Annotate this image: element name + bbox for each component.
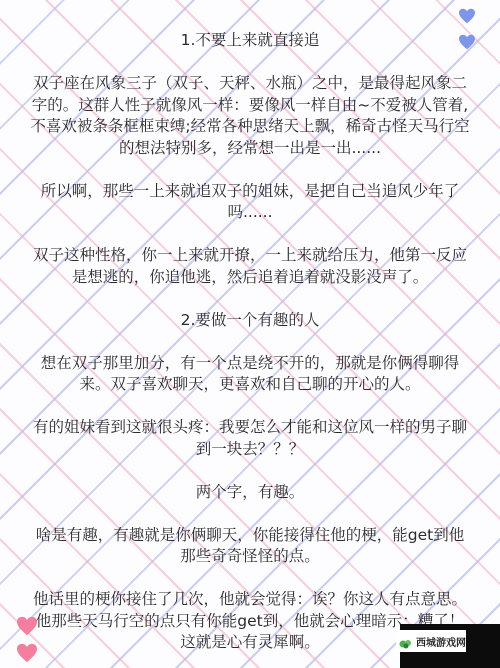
heart-icon-top-1 — [458, 8, 476, 24]
paragraph-4: 想在双子那里加分，有一个点是绕不开的，那就是你俩得聊得来。双子喜欢聊天，更喜欢和… — [30, 353, 470, 396]
paragraph-2: 所以啊，那些一上来就追双子的姐妹，是把自己当追风少年了吗...... — [30, 181, 470, 224]
site-logo-icon — [399, 635, 413, 647]
paragraph-1: 双子座在风象三子（双子、天秤、水瓶）之中，是最得起风象二字的。这群人性子就像风一… — [30, 73, 470, 159]
paragraph-6: 两个字，有趣。 — [30, 482, 470, 504]
paragraph-3: 双子这种性格，你一上来就开撩，一上来就给压力，他第一反应是想逃的，你追他逃，然后… — [30, 245, 470, 288]
paragraph-5: 有的姐妹看到这就很头疼：我要怎么才能和这位风一样的男子聊到一块去？？？ — [30, 417, 470, 460]
watermark: 西城游戏网 — [400, 624, 500, 668]
section-1-title: 1.不要上来就直接追 — [30, 30, 470, 52]
article-body: 1.不要上来就直接追 双子座在风象三子（双子、天秤、水瓶）之中，是最得起风象二字… — [30, 30, 470, 654]
watermark-text: 西城游戏网 — [416, 634, 466, 649]
section-2-title: 2.要做一个有趣的人 — [30, 310, 470, 332]
watermark-badge: 西城游戏网 — [396, 630, 466, 652]
paragraph-7: 啥是有趣，有趣就是你俩聊天，你能接得住他的梗，能get到他那些奇奇怪怪的点。 — [30, 525, 470, 568]
